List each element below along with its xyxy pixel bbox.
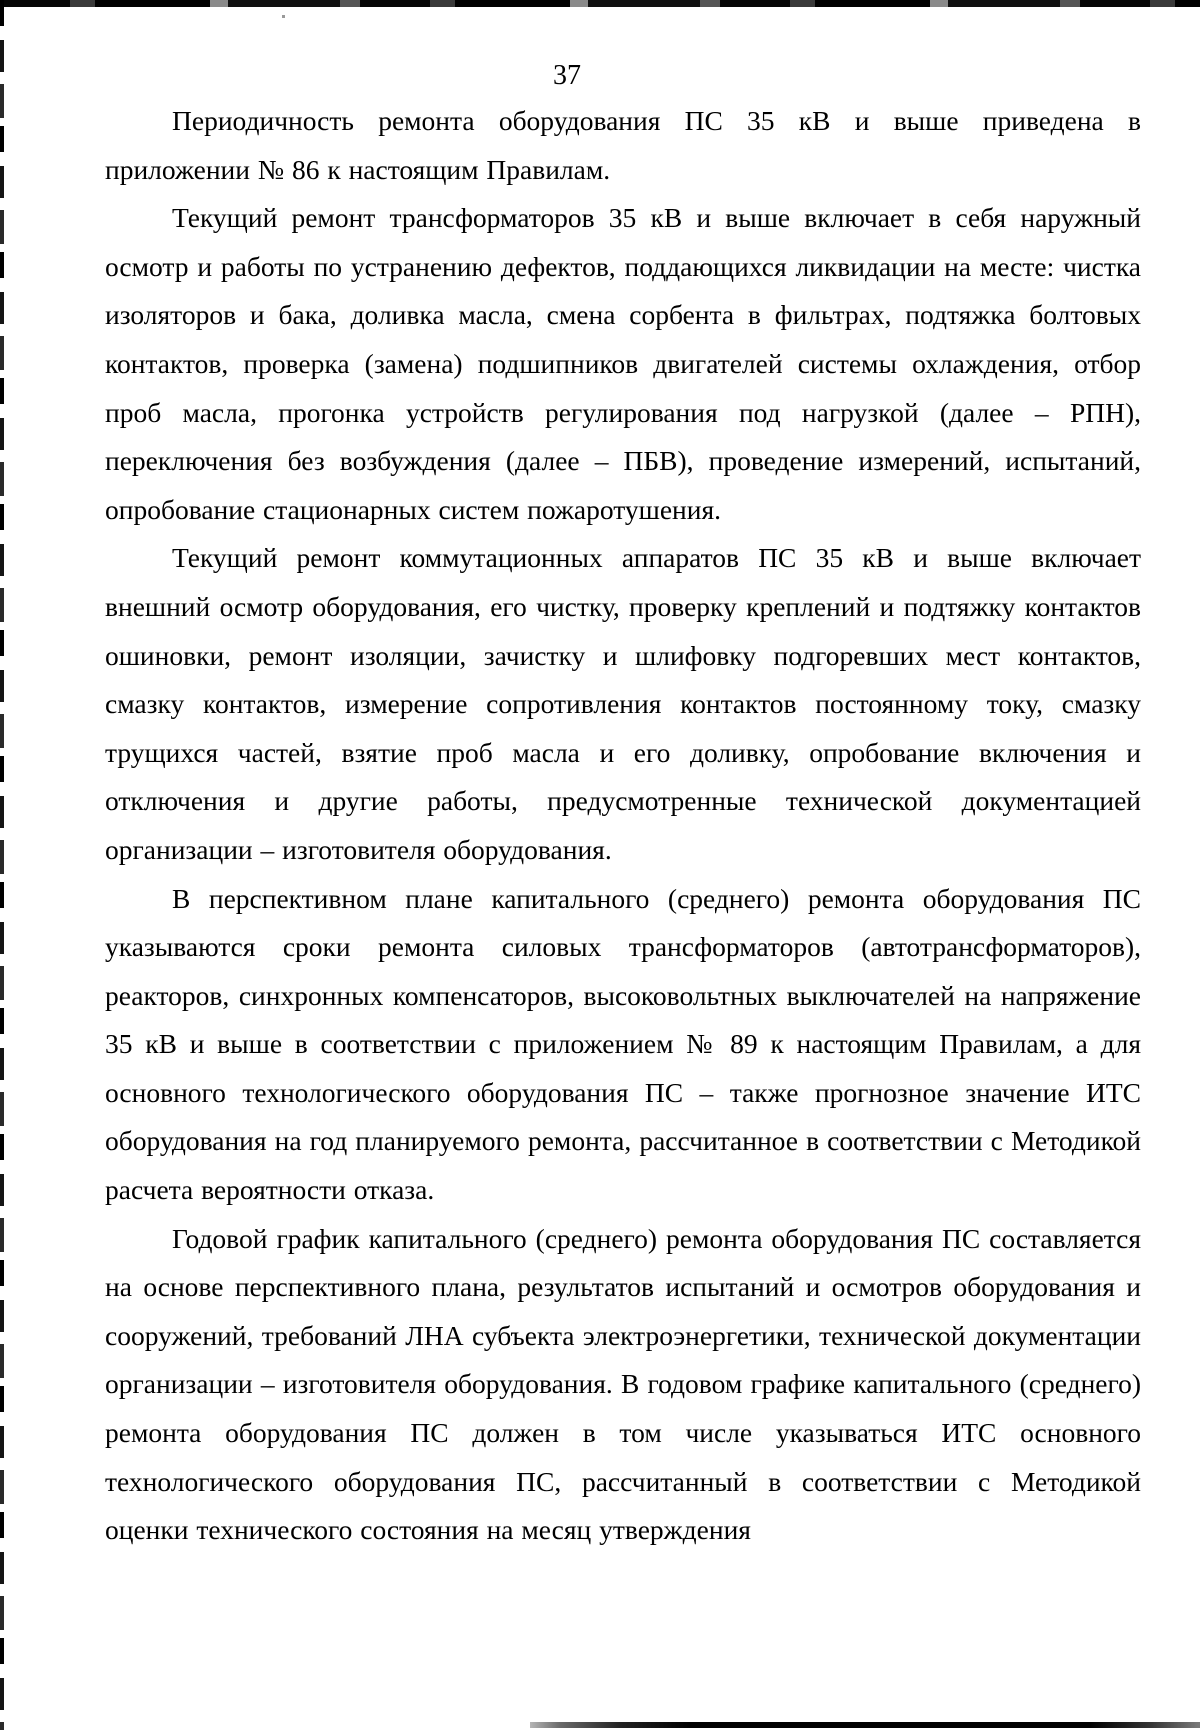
scan-edge-bottom-bar bbox=[530, 1722, 1200, 1728]
paragraph-long-term-repair-plan: В перспективном плане капитального (сред… bbox=[105, 875, 1141, 1215]
document-body: Периодичность ремонта оборудования ПС 35… bbox=[105, 97, 1141, 1555]
paragraph-repair-periodicity: Периодичность ремонта оборудования ПС 35… bbox=[105, 97, 1141, 194]
scan-noise-dot bbox=[282, 15, 285, 18]
paragraph-annual-repair-schedule: Годовой график капитального (среднего) р… bbox=[105, 1215, 1141, 1555]
page-number: 37 bbox=[0, 60, 1134, 92]
scan-edge-left bbox=[0, 0, 4, 1730]
scan-edge-top bbox=[0, 0, 1200, 7]
paragraph-switching-apparatus-repair: Текущий ремонт коммутационных аппаратов … bbox=[105, 534, 1141, 874]
paragraph-transformer-current-repair: Текущий ремонт трансформаторов 35 кВ и в… bbox=[105, 194, 1141, 534]
